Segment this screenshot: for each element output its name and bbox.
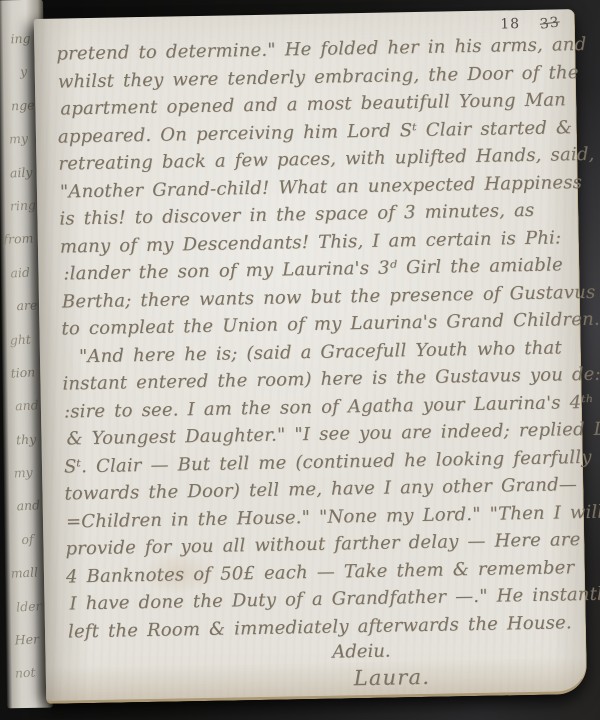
gutter-text-fragment: from bbox=[0, 221, 41, 256]
gutter-text-fragment: Her bbox=[5, 622, 47, 657]
gutter-text-fragment: nge bbox=[0, 88, 39, 123]
folio-number: 18 bbox=[500, 16, 520, 32]
gutter-text-fragment: tion bbox=[1, 355, 43, 390]
gutter-text-fragment: aid bbox=[0, 255, 42, 290]
gutter-text-fragment: not bbox=[6, 655, 47, 690]
gutter-text-fragment: ring bbox=[0, 188, 41, 223]
gutter-text-fragment: lder bbox=[5, 589, 47, 624]
gutter-text-fragment: and bbox=[2, 388, 44, 423]
gutter-text-fragment: mall bbox=[4, 555, 46, 590]
gutter-text-fragment: ght bbox=[1, 322, 43, 357]
gutter-text-fragment: are bbox=[1, 288, 43, 323]
gutter-text-fragment: of bbox=[4, 522, 46, 557]
gutter-text-fragment: thy bbox=[2, 422, 44, 457]
gutter-text-fragment: my bbox=[3, 455, 45, 490]
gutter-text-fragment: and bbox=[3, 489, 45, 524]
gutter-text-fragment: y bbox=[0, 55, 39, 90]
manuscript-page: 1833 pretend to determine." He folded he… bbox=[34, 9, 587, 704]
gutter-text-fragment: ing bbox=[0, 22, 38, 57]
struck-folio-number: 33 bbox=[539, 14, 561, 32]
gutter-text-fragment: my bbox=[0, 121, 40, 156]
manuscript-text: pretend to determine." He folded her in … bbox=[56, 31, 577, 645]
gutter-text-fragment: aily bbox=[0, 155, 40, 190]
folio-numbers: 1833 bbox=[500, 15, 560, 32]
